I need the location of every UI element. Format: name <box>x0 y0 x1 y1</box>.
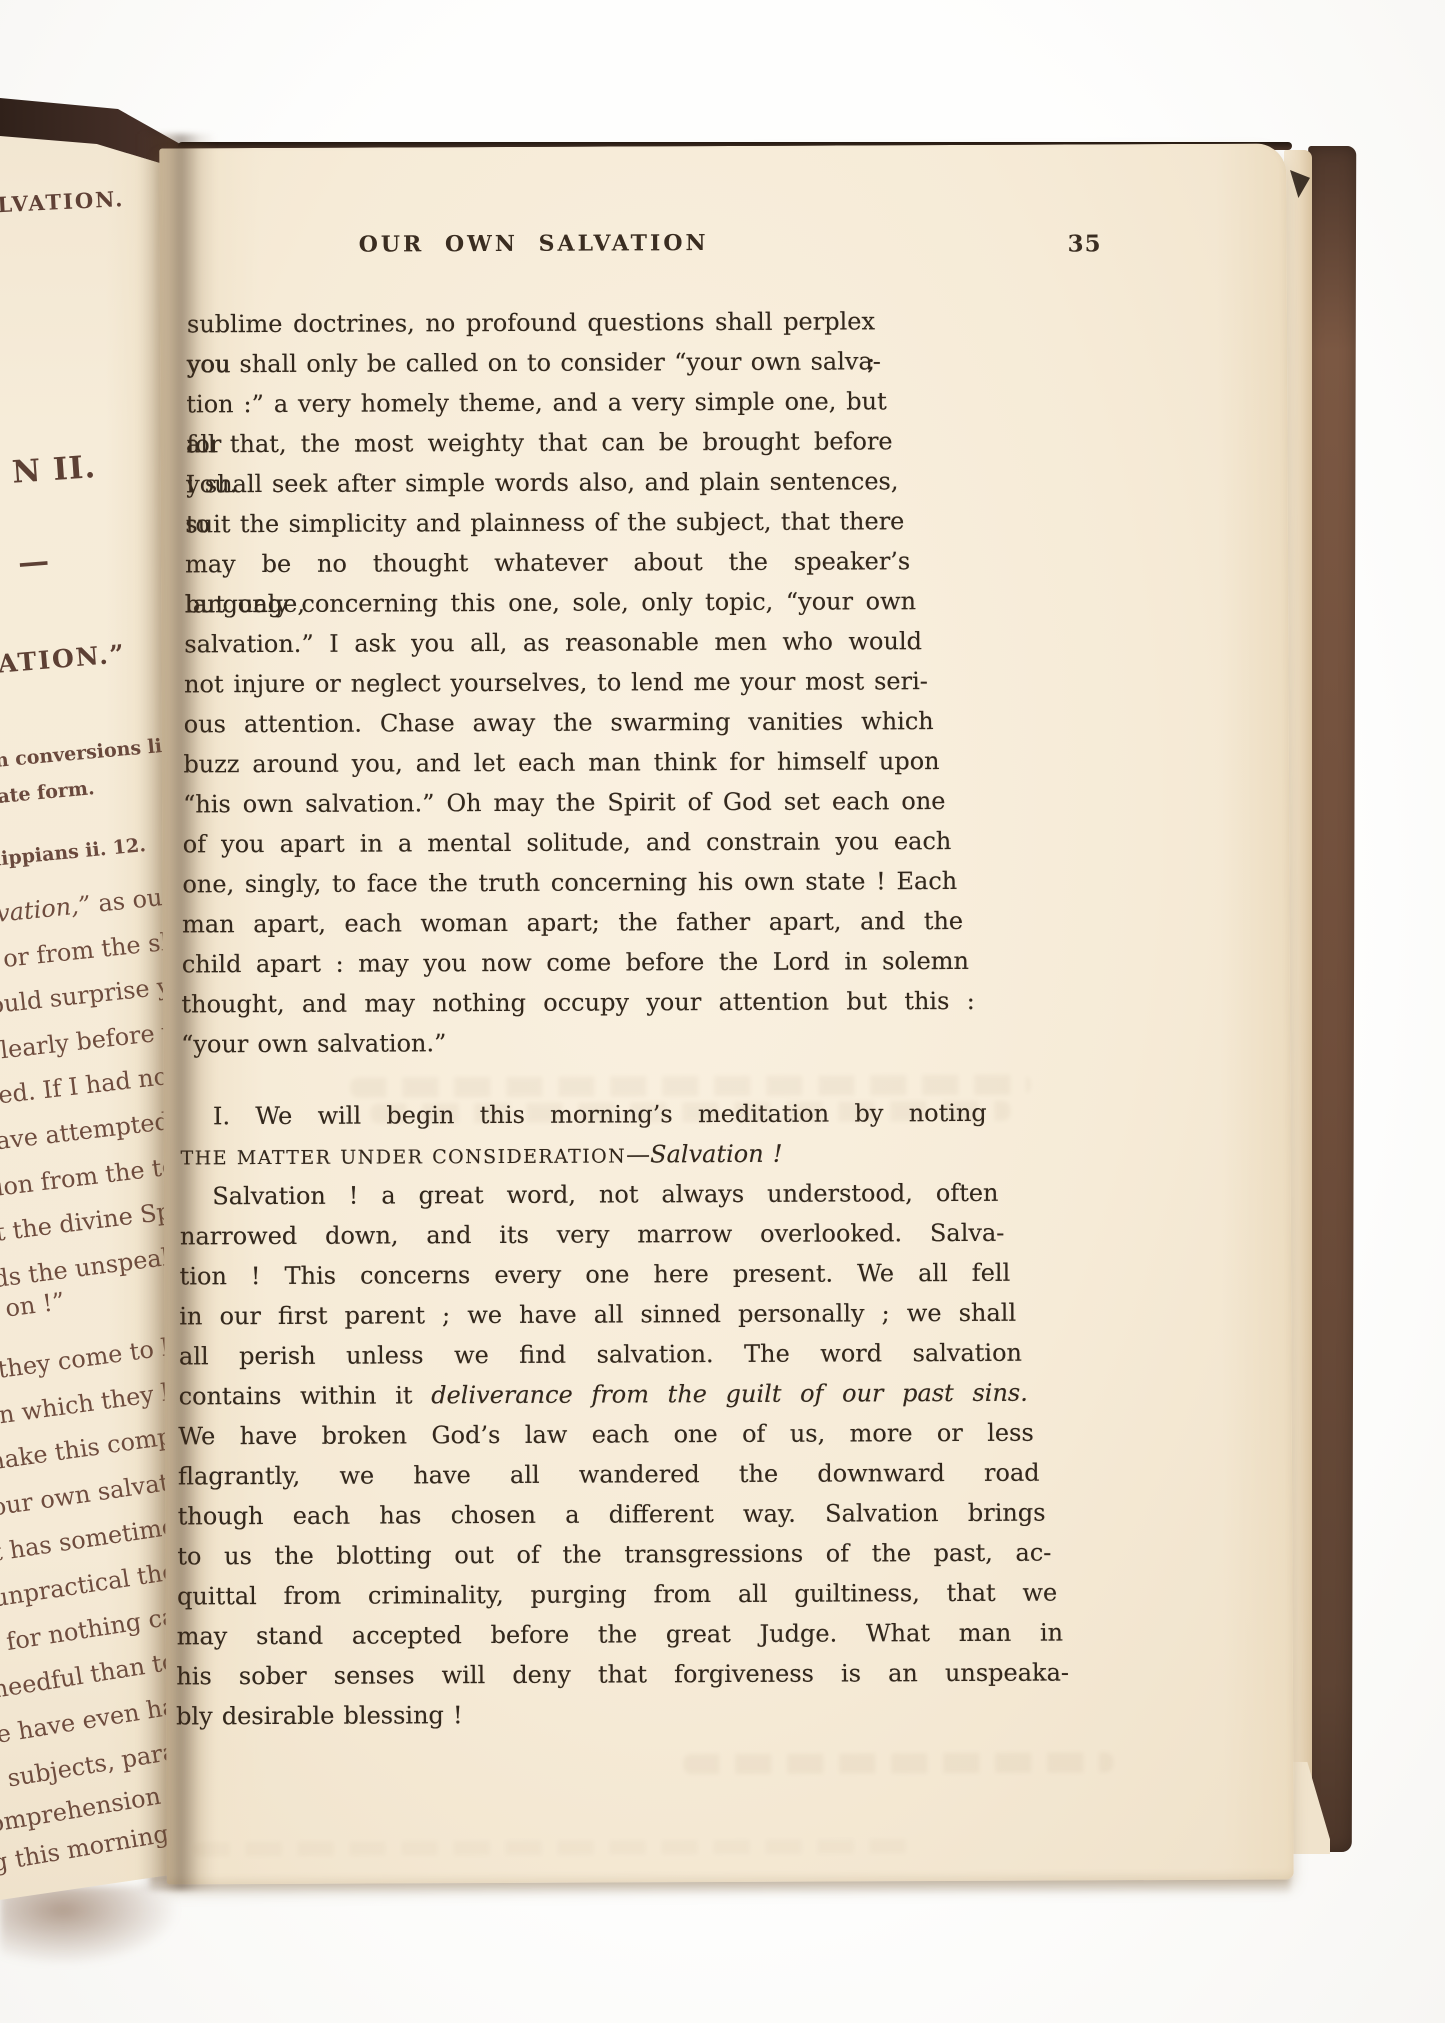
text-line: Salvation ! a great word, not always und… <box>180 1173 998 1217</box>
text-line: all that, the most weighty that can be b… <box>186 421 893 464</box>
text-line: We have broken God’s law each one of us,… <box>178 1413 1034 1457</box>
left-page-text-fragment: ALVATION.” <box>0 639 127 684</box>
cover-bottom-smudge <box>0 1886 180 1966</box>
ink-showthrough <box>683 1752 1113 1774</box>
text-segment: quittal from criminality, purging from a… <box>177 1579 1057 1611</box>
text-line: though each has chosen a different way. … <box>178 1493 1046 1537</box>
text-segment: We have broken God’s law each one of us,… <box>178 1419 1034 1451</box>
text-segment: to us the blotting out of the transgress… <box>177 1539 1051 1571</box>
page-number: 35 <box>1068 230 1102 257</box>
text-line: thought, and may nothing occupy your att… <box>181 981 975 1024</box>
text-line: man apart, each woman apart; the father … <box>182 901 963 944</box>
text-segment: his sober senses will deny that forgiven… <box>176 1659 1069 1691</box>
text-segment: buzz around you, and let each man think … <box>183 747 939 778</box>
text-line: may stand accepted before the great Judg… <box>177 1613 1064 1657</box>
right-page: OUR OWN SALVATION 35 sublime doctrines, … <box>159 144 1294 1885</box>
text-line: tion :” a very homely theme, and a very … <box>186 381 887 424</box>
text-segment: — <box>626 1140 650 1168</box>
text-line: in our first parent ; we have all sinned… <box>179 1293 1016 1337</box>
text-segment: may stand accepted before the great Judg… <box>177 1619 1064 1651</box>
text-segment: in our first parent ; we have all sinned… <box>179 1299 1016 1331</box>
text-line: all perish unless we find salvation. The… <box>179 1333 1022 1377</box>
text-segment: but only concerning this one, sole, only… <box>185 587 917 618</box>
left-page-text-fragment: rate form. <box>0 773 95 813</box>
text-line: buzz around you, and let each man think … <box>183 741 939 784</box>
text-segment: thought, and may nothing occupy your att… <box>181 987 975 1018</box>
text-line: one, singly, to face the truth concernin… <box>182 861 957 904</box>
text-line: to us the blotting out of the transgress… <box>177 1533 1051 1577</box>
text-line: may be no thought whatever about the spe… <box>185 541 910 584</box>
text-line: not injure or neglect yourselves, to len… <box>184 661 928 704</box>
text-segment: —Philippians ii. 12. <box>0 834 147 876</box>
text-line: I. We will begin this morning’s meditati… <box>181 1093 987 1137</box>
text-segment: ous attention. Chase away the swarming v… <box>184 707 934 738</box>
text-segment: on !” <box>3 1287 66 1322</box>
text-line: flagrantly, we have all wandered the dow… <box>178 1453 1040 1497</box>
text-segment: all perish unless we find salvation. The… <box>179 1339 1022 1371</box>
text-segment: though each has chosen a different way. … <box>178 1499 1046 1531</box>
book-photo: ALVATION.N II.—ALVATION.”blessed in conv… <box>0 0 1445 2023</box>
text-segment: you shall only be called on to consider … <box>187 347 881 378</box>
text-segment: flagrantly, we have all wandered the dow… <box>178 1459 1040 1491</box>
text-line: sublime doctrines, no profound questions… <box>187 301 875 344</box>
text-line: of you apart in a mental solitude, and c… <box>183 821 952 864</box>
left-page-text-fragment: N II. <box>11 452 97 488</box>
text-segment: ALVATION.” <box>0 639 127 683</box>
text-segment: suit the simplicity and plainness of the… <box>185 507 904 538</box>
running-header: OUR OWN SALVATION <box>190 229 878 258</box>
text-segment: THE MATTER UNDER CONSIDERATION <box>181 1145 627 1169</box>
text-segment: contains within it <box>179 1381 432 1410</box>
text-segment: salvation.” I ask you all, as reasonable… <box>184 627 922 658</box>
body-text: sublime doctrines, no profound questions… <box>187 300 1173 1736</box>
text-line: “your own salvation.” <box>181 1021 981 1064</box>
text-segment: not injure or neglect yourselves, to len… <box>184 667 928 698</box>
text-line: “his own salvation.” Oh may the Spirit o… <box>183 781 946 824</box>
text-segment: — <box>17 543 52 581</box>
text-line: salvation.” I ask you all, as reasonable… <box>184 621 922 664</box>
text-segment: bly desirable blessing ! <box>176 1701 463 1730</box>
paragraph-gap <box>190 1060 1170 1096</box>
text-segment: “your own salvation.” <box>181 1029 446 1058</box>
text-segment: one, singly, to face the truth concernin… <box>182 867 957 898</box>
text-line: bly desirable blessing ! <box>176 1692 1075 1736</box>
text-segment: I. We will begin this morning’s meditati… <box>213 1099 987 1130</box>
text-segment: N II. <box>11 449 97 491</box>
text-segment: “his own salvation.” Oh may the Spirit o… <box>183 787 946 818</box>
text-segment: ALVATION. <box>0 186 125 218</box>
left-page-text-fragment: ALVATION. <box>0 184 125 221</box>
left-page: ALVATION.N II.—ALVATION.”blessed in conv… <box>0 110 176 1902</box>
text-line: child apart : may you now come before th… <box>182 941 969 984</box>
text-line: his sober senses will deny that forgiven… <box>176 1653 1069 1697</box>
text-line: THE MATTER UNDER CONSIDERATION—Salvation… <box>181 1133 993 1177</box>
text-line: ous attention. Chase away the swarming v… <box>184 701 934 744</box>
text-line: quittal from criminality, purging from a… <box>177 1573 1057 1617</box>
ink-showthrough <box>194 1839 914 1856</box>
text-line: narrowed down, and its very marrow overl… <box>180 1213 1005 1257</box>
text-line: but only concerning this one, sole, only… <box>185 581 917 624</box>
text-line: suit the simplicity and plainness of the… <box>185 501 904 544</box>
text-segment: man apart, each woman apart; the father … <box>182 907 963 938</box>
text-segment: deliverance from the guilt of our past s… <box>431 1379 1028 1410</box>
text-segment: Salvation ! a great word, not always und… <box>212 1179 998 1210</box>
text-segment: narrowed down, and its very marrow overl… <box>180 1219 1005 1251</box>
text-line: you shall only be called on to consider … <box>187 341 881 384</box>
text-segment: Salvation ! <box>650 1140 782 1169</box>
text-segment: non salvation,” <box>0 890 100 937</box>
left-page-text-fragment: —Philippians ii. 12. <box>0 830 147 880</box>
text-line: contains within it deliverance from the … <box>179 1373 1028 1417</box>
text-line: tion ! This concerns every one here pres… <box>180 1253 1011 1297</box>
text-segment: child apart : may you now come before th… <box>182 947 969 978</box>
text-segment: tion ! This concerns every one here pres… <box>180 1259 1011 1291</box>
text-segment: of you apart in a mental solitude, and c… <box>183 827 952 858</box>
left-page-text-fragment: — <box>17 546 51 578</box>
text-segment: rate form. <box>0 777 95 809</box>
text-line: I shall seek after simple words also, an… <box>186 461 899 504</box>
left-page-text-fragment: on !” <box>3 1286 66 1323</box>
